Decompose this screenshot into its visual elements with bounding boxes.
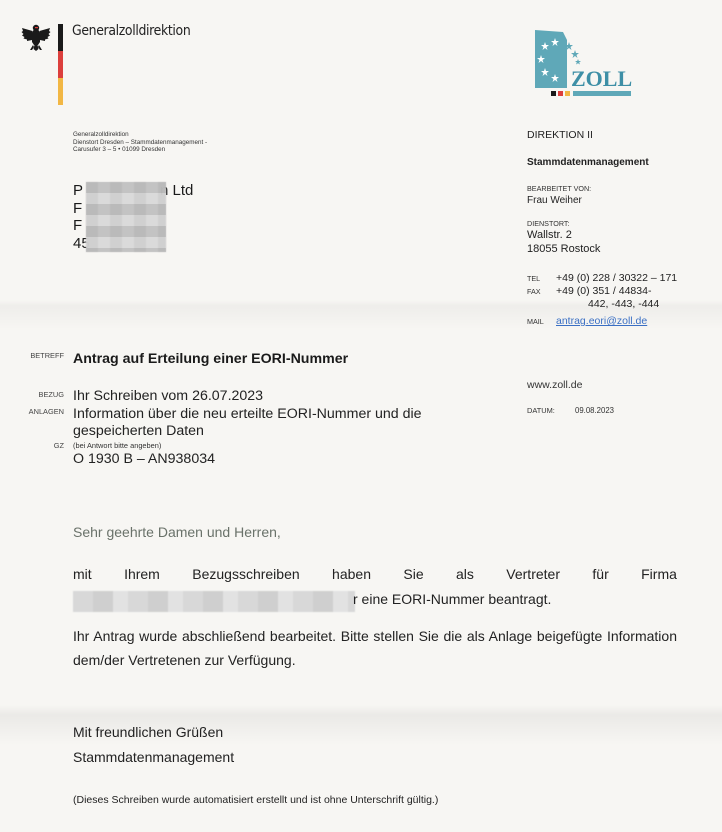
fax-label: FAX [527,285,556,298]
tel-row: TEL+49 (0) 228 / 30322 – 171 [527,272,677,285]
redacted-recipient-overlay [86,182,166,252]
german-flag-bar [58,24,63,105]
gz-note: (bei Antwort bitte angeben) [73,441,161,450]
dienstort-city: 18055 Rostock [527,243,600,255]
paragraph-1-line-2: r eine EORI-Nummer beantragt. [353,591,551,607]
tel-label: TEL [527,272,556,285]
word: Firma [641,566,677,582]
zoll-logo: ZOLL [533,28,633,98]
redacted-company-name [73,591,355,612]
greeting: Sehr geehrte Damen und Herren, [73,524,281,540]
subject-title: Antrag auf Erteilung einer EORI-Nummer [73,351,348,367]
bearbeitet-value: Frau Weiher [527,195,582,206]
anlagen-value: Information über die neu erteilte EORI-N… [73,406,473,440]
federal-eagle-icon [20,22,52,54]
word: Vertreter [506,566,560,582]
mail-link[interactable]: antrag.eori@zoll.de [556,315,647,327]
gz-label: GZ [20,441,64,450]
fax-row: FAX+49 (0) 351 / 44834- [527,285,677,298]
betreff-label: BETREFF [20,351,64,360]
word: Sie [403,566,423,582]
word: für [592,566,608,582]
dienstort-label: DIENSTORT: [527,219,569,228]
letter-page: Generalzolldirektion ZOLL Generalzolldir… [0,0,722,832]
word: mit [73,566,92,582]
datum-label: DATUM: [527,406,555,415]
issuer-name: Generalzolldirektion [72,23,190,39]
paragraph-1-line-1: mit Ihrem Bezugsschreiben haben Sie als … [73,566,677,582]
paragraph-2: Ihr Antrag wurde abschließend bearbeitet… [73,624,677,672]
bearbeitet-label: BEARBEITET VON: [527,184,591,193]
svg-text:ZOLL: ZOLL [571,66,632,91]
tel-value: +49 (0) 228 / 30322 – 171 [556,272,677,284]
gz-value: O 1930 B – AN938034 [73,451,215,467]
sender-line: Dienstort Dresden – Stammdatenmanagement… [73,139,207,147]
mail-label: MAIL [527,315,556,328]
word: Bezugsschreiben [192,566,299,582]
footnote: (Dieses Schreiben wurde automatisiert er… [73,794,438,806]
recipient-line: P [73,182,83,199]
sender-line: Carusufer 3 – 5 • 01099 Dresden [73,146,207,154]
bezug-value: Ihr Schreiben vom 26.07.2023 [73,388,263,404]
direktion-label: DIREKTION II [527,129,593,141]
closing: Mit freundlichen Grüßen [73,724,223,740]
sender-return-address: Generalzolldirektion Dienstort Dresden –… [73,131,207,154]
bezug-label: BEZUG [20,390,64,399]
anlagen-label: ANLAGEN [20,407,64,416]
fax-row-cont: 442, -443, -444 [527,298,677,311]
word: Ihrem [124,566,160,582]
mail-row: MAILantrag.eori@zoll.de [527,315,677,328]
word: haben [332,566,371,582]
dienstort-street: Wallstr. 2 [527,229,572,241]
department-name: Stammdatenmanagement [527,157,649,168]
sender-line: Generalzolldirektion [73,131,207,139]
signature: Stammdatenmanagement [73,749,234,765]
word: als [456,566,474,582]
contact-block: TEL+49 (0) 228 / 30322 – 171 FAX+49 (0) … [527,272,677,328]
fax-value: +49 (0) 351 / 44834- [556,285,651,297]
website: www.zoll.de [527,379,582,391]
datum-value: 09.08.2023 [575,406,614,415]
